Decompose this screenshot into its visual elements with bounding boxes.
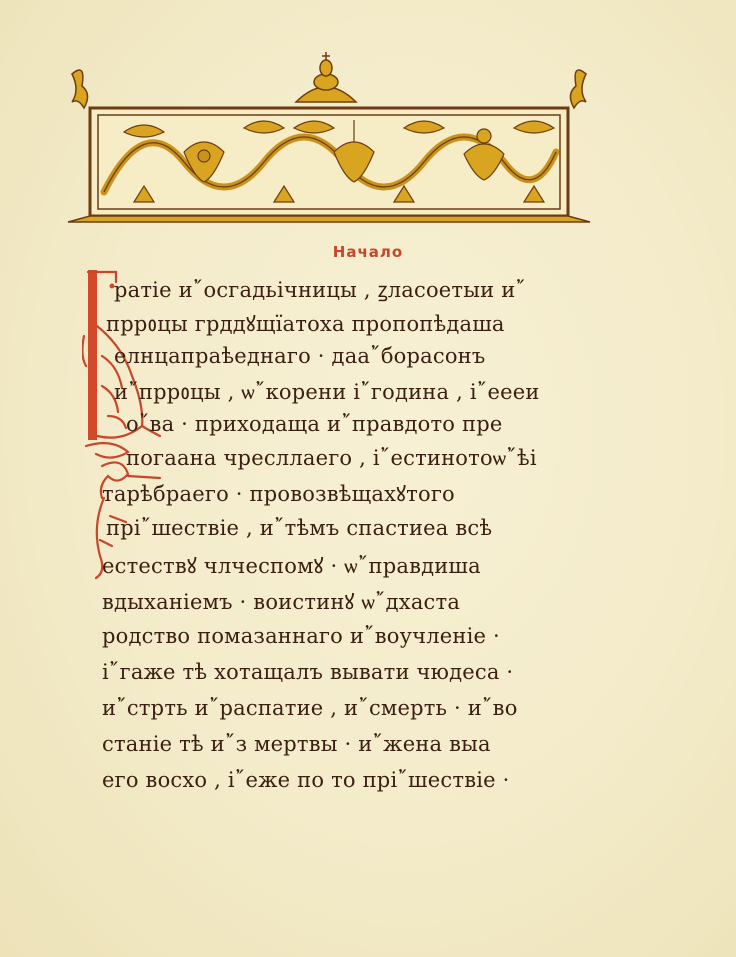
text-line: родство помазаннаго и῎воучленіе ·: [102, 624, 500, 648]
text-line: елнцапраѣеднаго · даа῎борасонъ: [114, 344, 485, 368]
section-title: Начало: [0, 243, 736, 261]
text-line: и῎пррᲂцы , ѡ῎корени і῎година , і῎еееи: [114, 378, 540, 406]
text-line: і῎гаже тѣ хотащалъ вывати чюдеса ·: [102, 660, 513, 684]
text-line: пррᲂцы грддꙋщїатоха пропопѣдаша: [106, 310, 505, 338]
text-line: и῎стрть и῎распатие , и῎смерть · и῎во: [102, 696, 518, 720]
text-line: станіе тѣ и῎з мертвы · и῎жена выа: [102, 732, 491, 756]
text-line: о῎ва · приходаща и῎правдото пре: [126, 412, 502, 436]
text-line: прі῎шествіе , и῎тѣмъ спастиеа всѣ: [106, 516, 492, 540]
text-line: ратіе и῎осгадьічницы , ꙁласоетыи и῎: [114, 276, 526, 304]
text-line: тарѣбраего · провозвѣщахꙋтого: [102, 480, 455, 508]
text-line: естествꙋ члчеспомꙋ · ѡ῎правдиша: [102, 552, 481, 580]
text-line: погаана чресллаего , і῎естинотоѡ῎ѣі: [126, 446, 537, 471]
ornamental-headpiece-icon: [64, 52, 594, 230]
text-line: его восхо , і῎еже по то прі῎шествіе ·: [102, 768, 510, 792]
text-line: вдыханіемъ · воистинꙋ ѡ῎дхаста: [102, 588, 460, 616]
manuscript-page: Начало: [0, 0, 736, 957]
